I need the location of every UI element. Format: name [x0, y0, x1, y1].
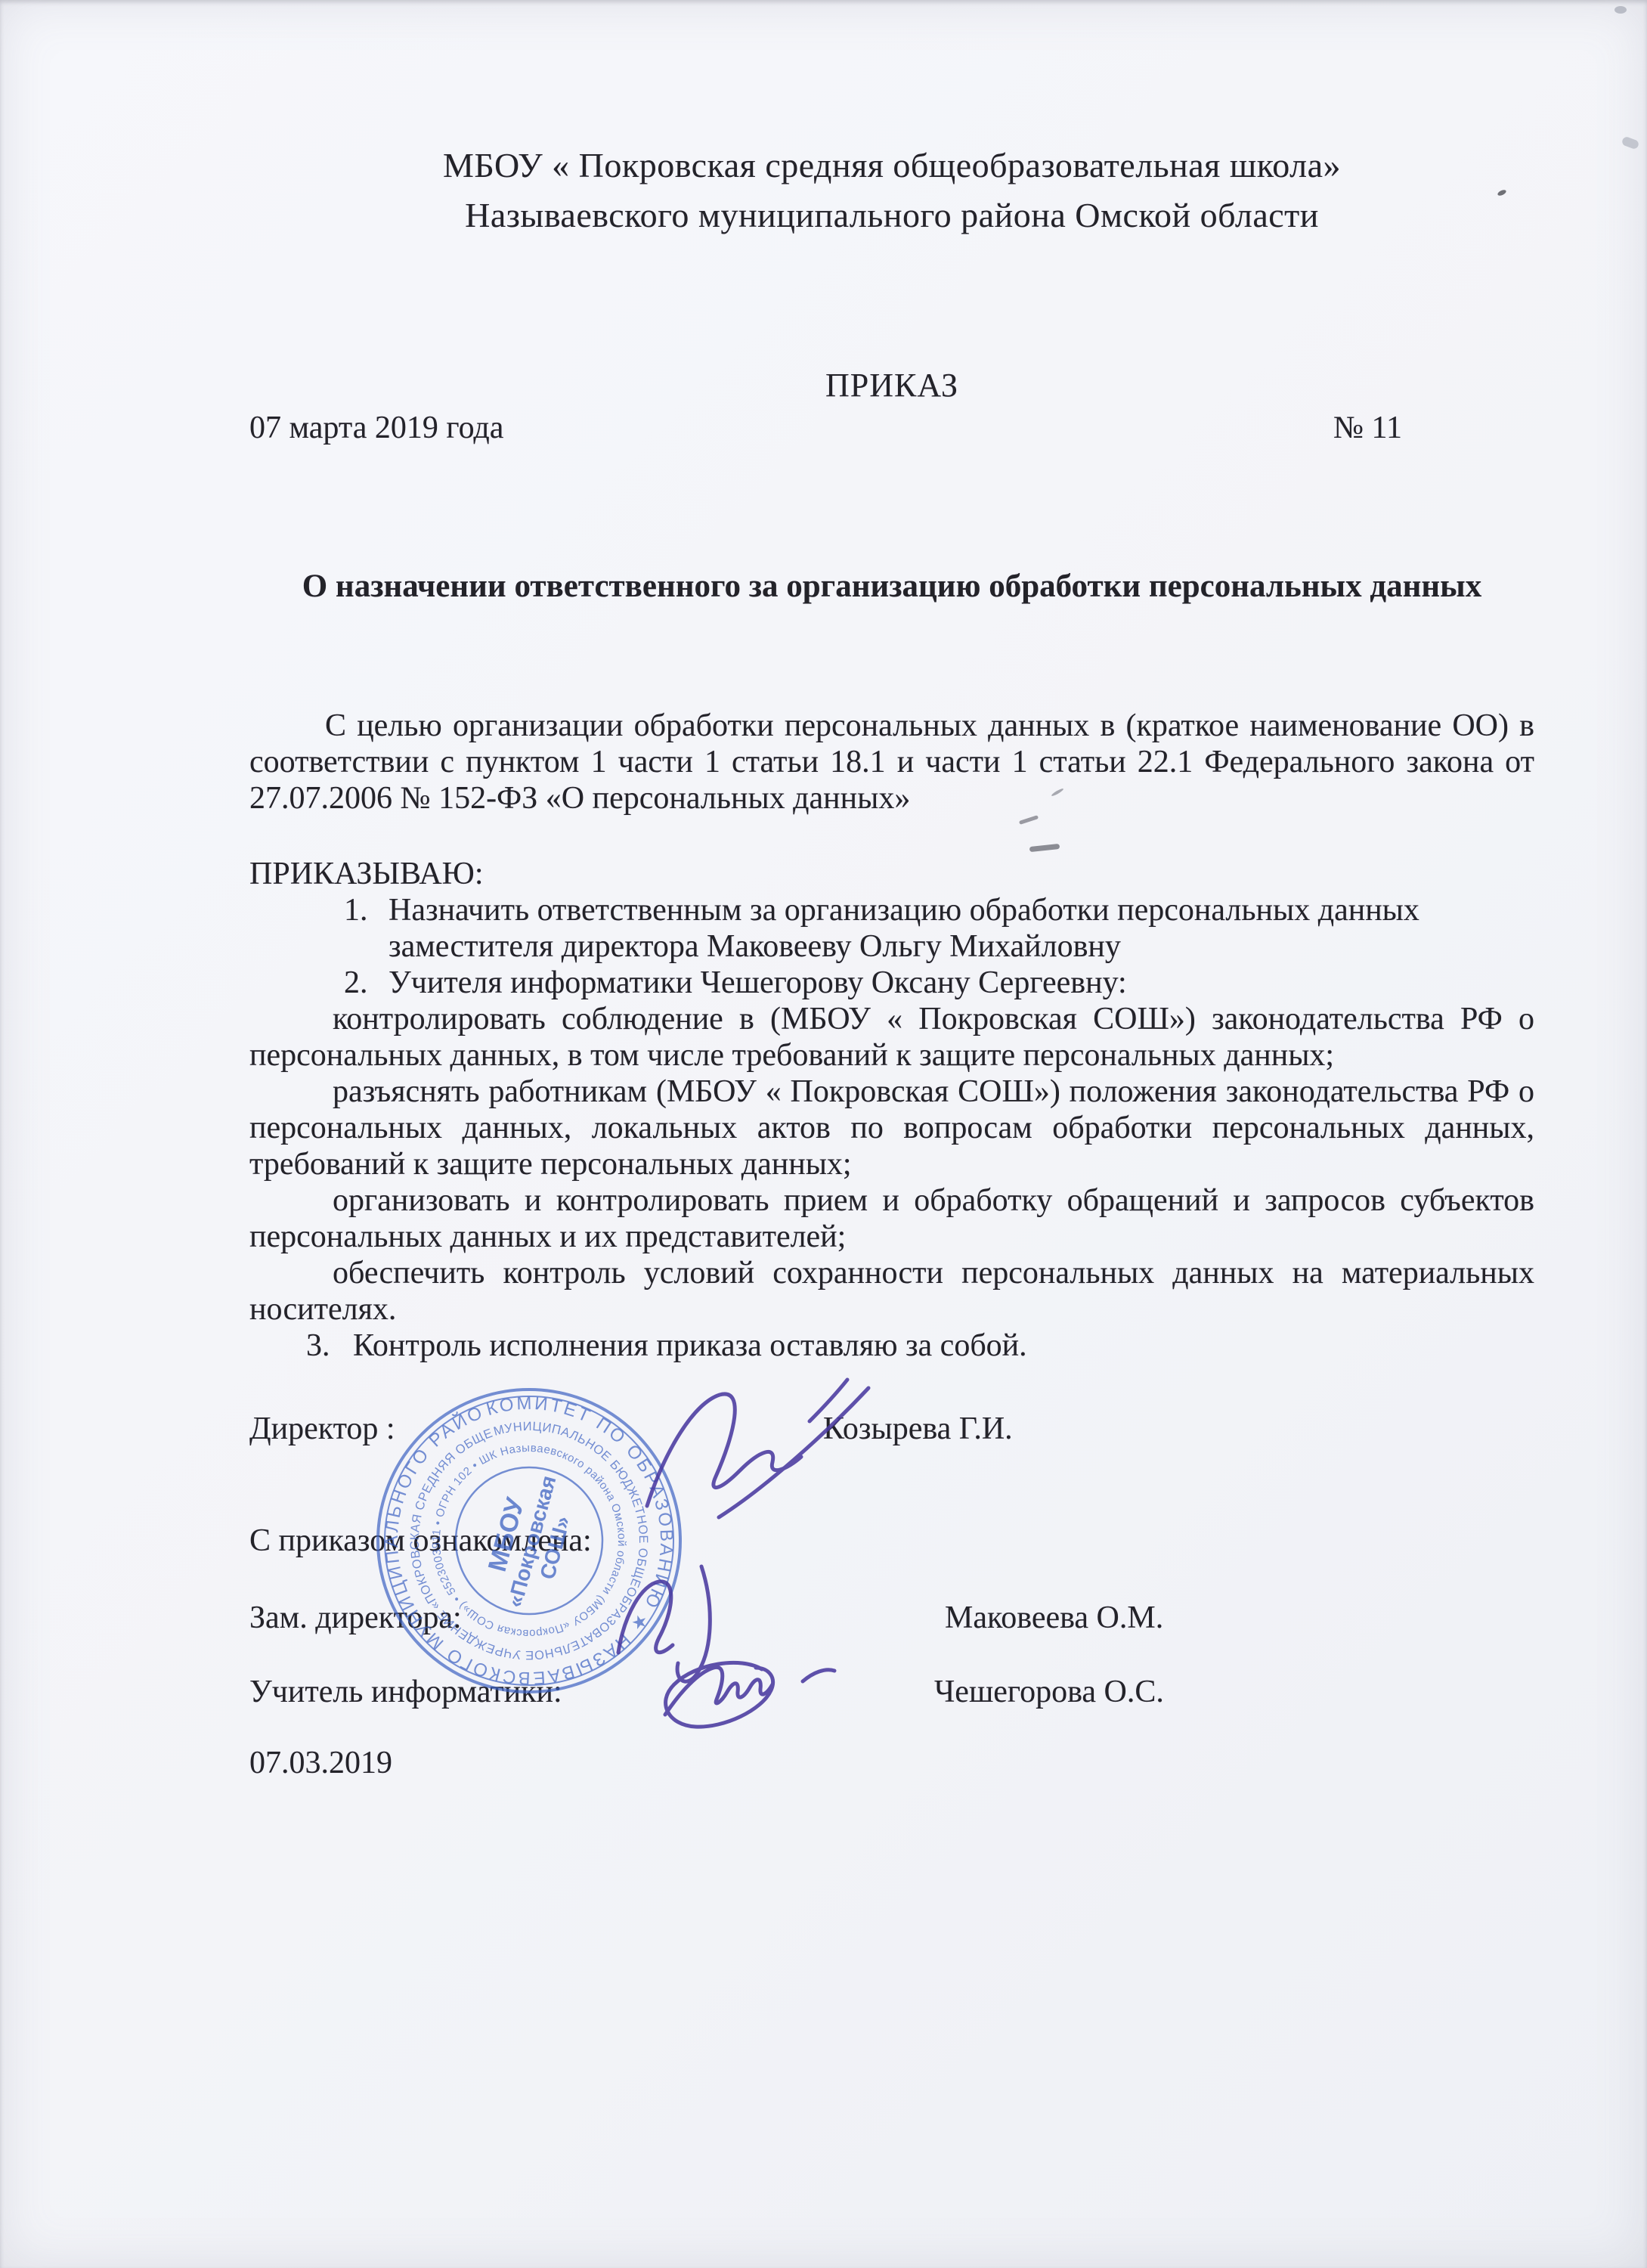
director-label: Директор : [249, 1411, 395, 1446]
order-item-2-text: Учителя информатики Чешегорову Оксану Се… [389, 965, 1127, 1000]
order-item-3-number: 3. [306, 1328, 330, 1364]
date-number-row: 07 марта 2019 года № 11 [249, 407, 1534, 449]
duty-paragraph-3: организовать и контролировать прием и об… [249, 1182, 1534, 1255]
footer-date: 07.03.2019 [249, 1745, 1534, 1781]
scan-speck [1621, 136, 1640, 150]
order-item-1-number: 1. [344, 892, 368, 928]
order-keyword: ПРИКАЗЫВАЮ: [249, 856, 1534, 892]
scan-speck [1614, 6, 1627, 14]
duty-paragraph-1: контролировать соблюдение в (МБОУ « Покр… [249, 1001, 1534, 1074]
stamp-center-text: МБОУ «Покровская СОШ» [475, 1466, 584, 1616]
order-item-3-text: Контроль исполнения приказа оставляю за … [353, 1328, 1027, 1363]
order-item-2-number: 2. [344, 965, 368, 1001]
document-date: 07 марта 2019 года [249, 407, 503, 449]
order-item-1-text: Назначить ответственным за организацию о… [389, 893, 1419, 964]
duty-paragraph-2: разъяснять работникам (МБОУ « Покровская… [249, 1074, 1534, 1182]
round-stamp: КОМИТЕТ ПО ОБРАЗОВАНИЮ ★ НАЗЫВАЕВСКОГО М… [374, 1386, 692, 1703]
organization-name-line2: Называевского муниципального района Омск… [249, 191, 1534, 240]
organization-name-line1: МБОУ « Покровская средняя общеобразовате… [249, 141, 1534, 191]
intro-paragraph: С целью организации обработки персональн… [249, 708, 1534, 816]
teacher-name: Чешегорова О.С. [934, 1674, 1164, 1710]
document-type-title: ПРИКАЗ [249, 364, 1534, 407]
stamp-svg: КОМИТЕТ ПО ОБРАЗОВАНИЮ ★ НАЗЫВАЕВСКОГО М… [374, 1386, 692, 1703]
document-subject: О назначении ответственного за организац… [249, 565, 1534, 608]
order-item-2: 2. Учителя информатики Чешегорову Оксану… [249, 965, 1534, 1001]
scanned-order-document: МБОУ « Покровская средняя общеобразовате… [0, 0, 1647, 2268]
document-number: № 11 [1333, 407, 1402, 449]
director-name: Козырева Г.И. [823, 1411, 1013, 1447]
organization-header: МБОУ « Покровская средняя общеобразовате… [249, 141, 1534, 240]
order-item-1: 1. Назначить ответственным за организаци… [249, 892, 1534, 965]
deputy-name: Маковеева О.М. [945, 1600, 1163, 1636]
order-item-3: 3. Контроль исполнения приказа оставляю … [249, 1328, 1534, 1364]
duty-paragraph-4: обеспечить контроль условий сохранности … [249, 1255, 1534, 1328]
